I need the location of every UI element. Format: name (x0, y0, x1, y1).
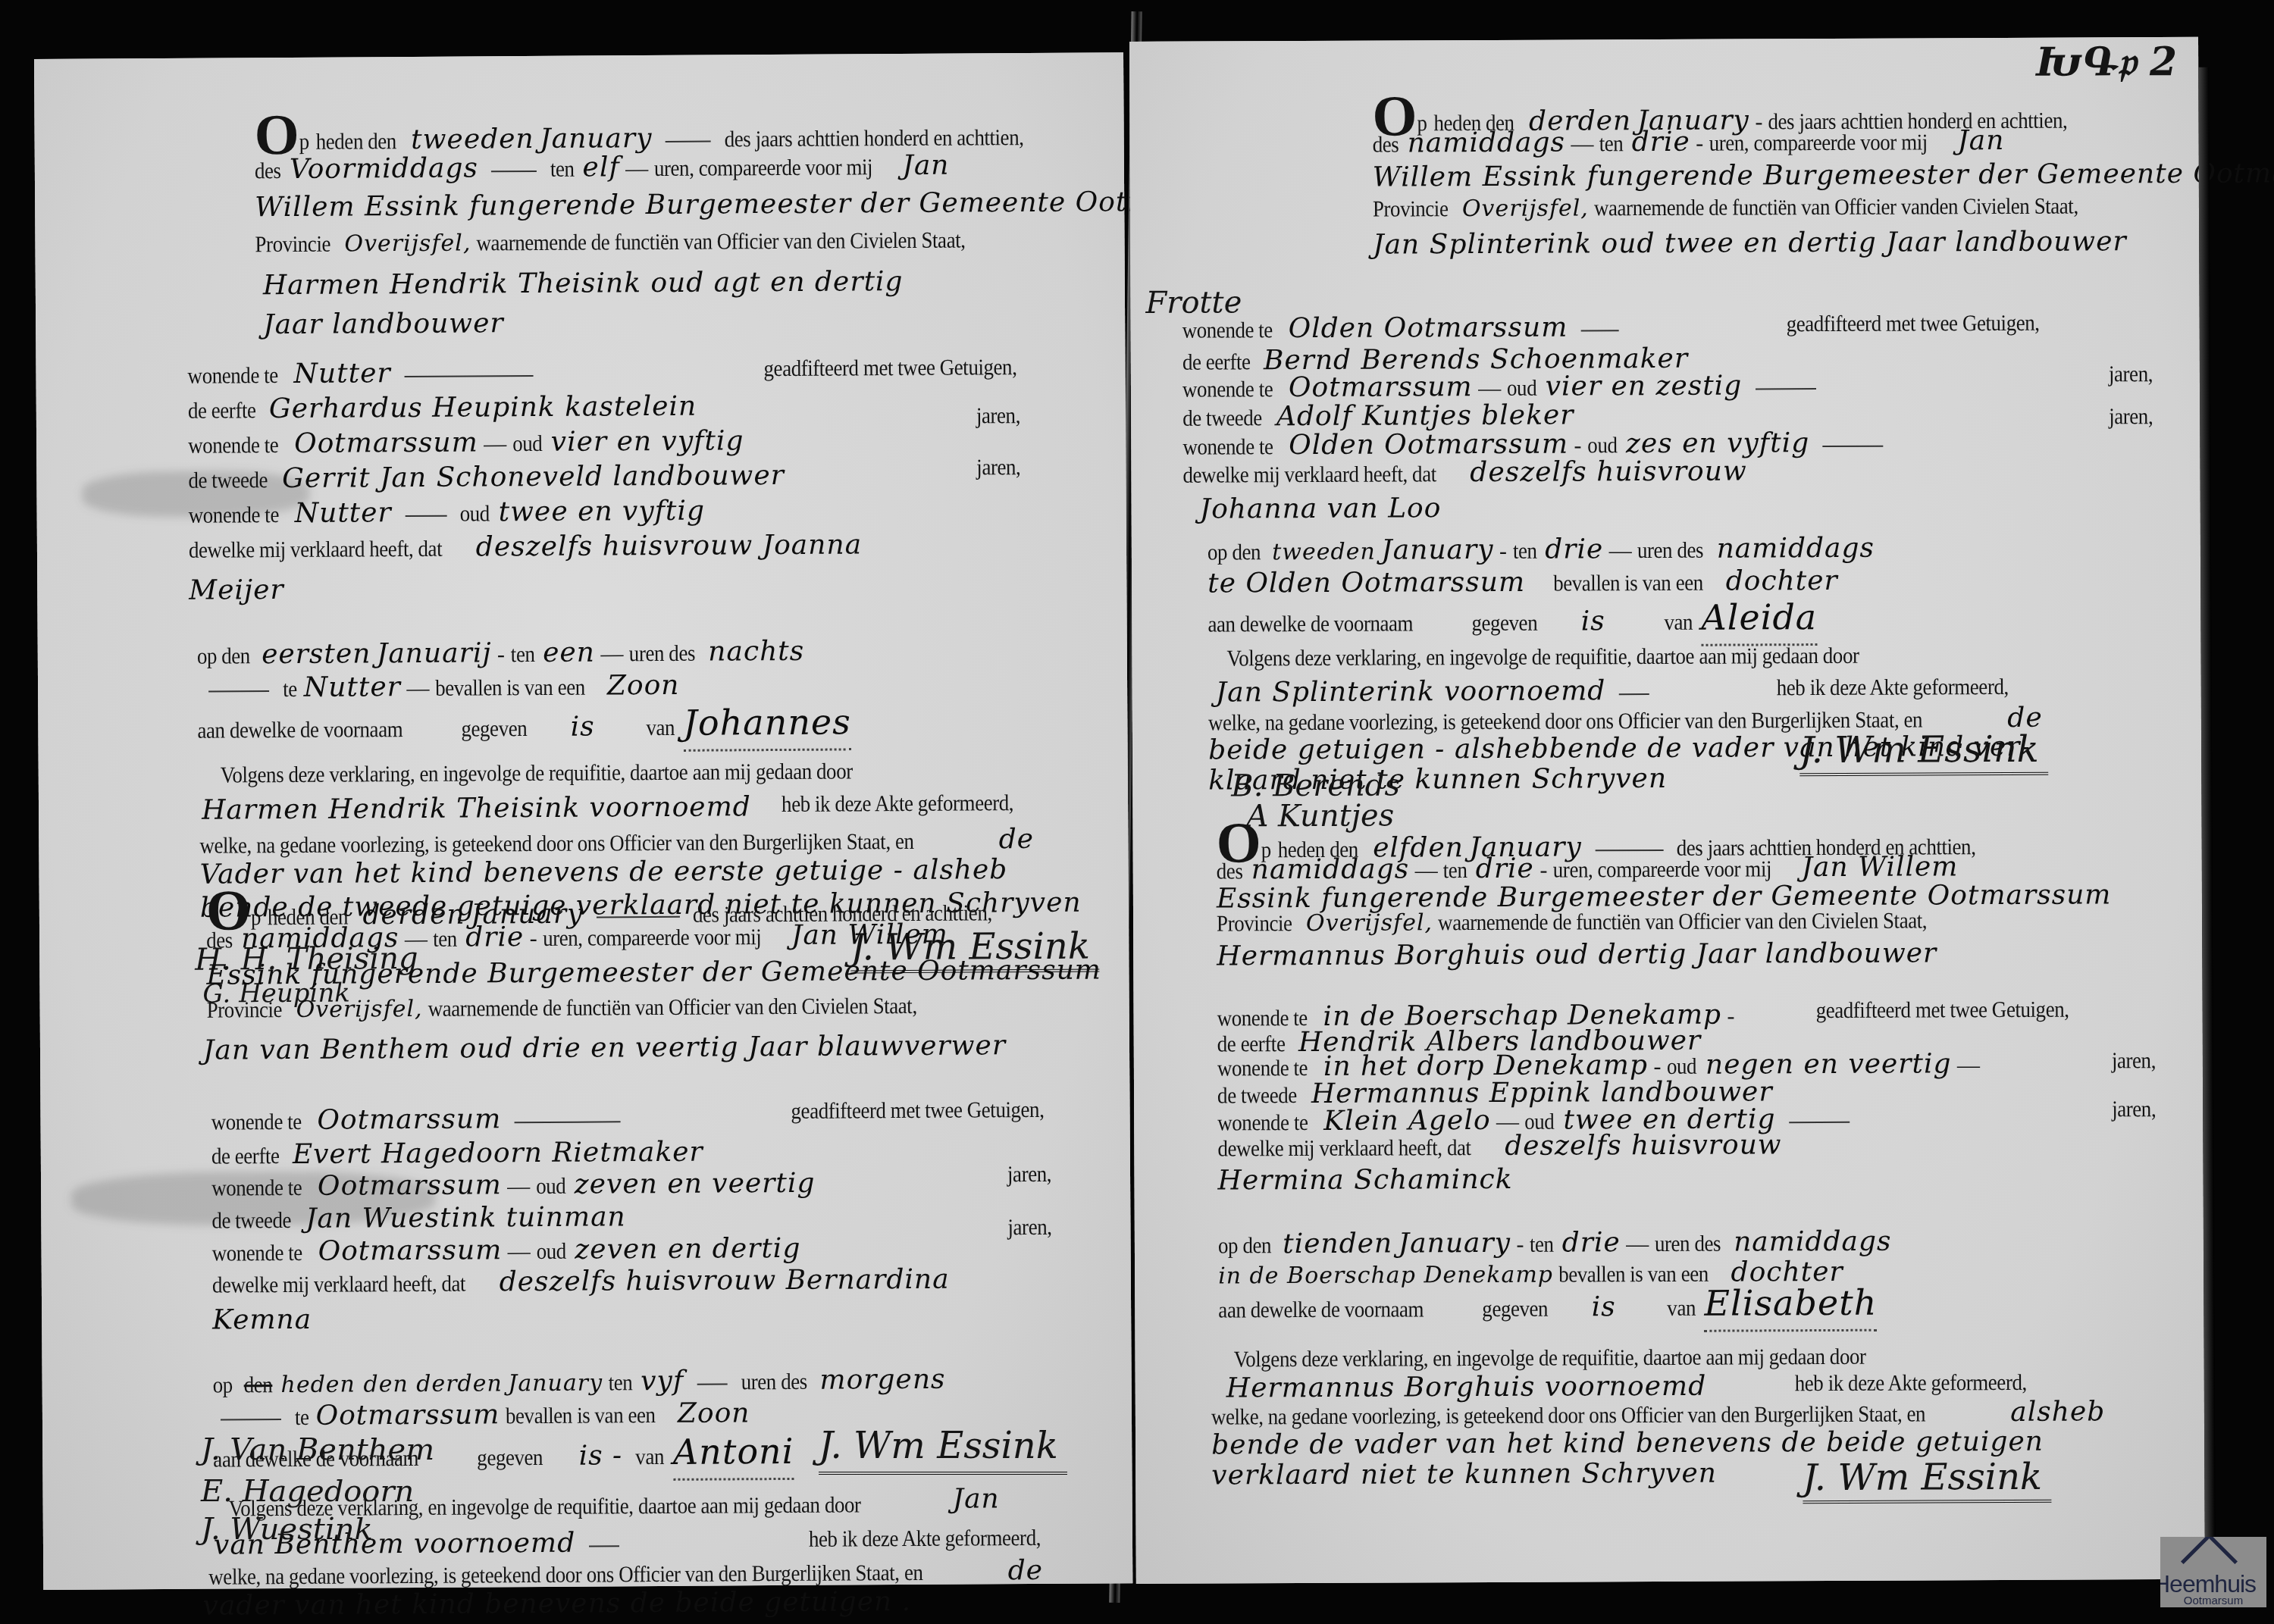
birth-place: te Olden Ootmarssum (1207, 567, 1525, 599)
mother-surname: Kemna (212, 1306, 312, 1335)
closing-note: vader van het kind benevens de beide get… (202, 1586, 911, 1622)
witness-2-residence: Olden Ootmarssum (1289, 428, 1568, 461)
signature-father: J. Van Benthem (201, 1432, 434, 1467)
form-text: de tweede (1182, 407, 1262, 430)
closing-word: alsheb (2010, 1396, 2105, 1428)
form-text: op den (1218, 1234, 1271, 1257)
child-name: Antoni (673, 1431, 794, 1481)
form-text: van (636, 1446, 665, 1469)
form-text: wonende te (211, 1111, 301, 1134)
witness-1: Evert Hagedoorn Rietmaker (293, 1137, 703, 1170)
form-text: wonende te (1182, 436, 1273, 459)
birth-record-1-closing: Volgens deze verklaring, en ingevolge de… (34, 52, 1129, 893)
form-text: van (1667, 1297, 1696, 1320)
form-text: bevallen is van een (1558, 1263, 1709, 1287)
declarant: Hermannus Borghuis oud dertig Jaar landb… (1217, 940, 1937, 970)
form-text: geadfifteerd met twee Getuigen, (1787, 312, 2040, 336)
form-text: wonende te (212, 1242, 302, 1266)
form-text: dewelke mij verklaard heeft, dat (1182, 463, 1436, 487)
form-text: Volgens deze verklaring, en ingevolge de… (1234, 1346, 1866, 1372)
form-text: des (1373, 133, 1399, 156)
declarant: Jan van Benthem oud drie en veertig Jaar… (203, 1032, 1006, 1064)
province: Overijsfel, (1462, 195, 1589, 222)
form-text: oud (536, 1241, 565, 1263)
record-hour: drie (465, 922, 524, 953)
fill-dash (597, 916, 680, 918)
margin-note: Frotte (1145, 287, 1242, 318)
form-text: jaren, (1007, 1216, 1051, 1239)
witness-1-age: vier en zestig (1546, 370, 1743, 402)
mother-name: Johanna van Loo (1200, 495, 1442, 523)
form-text: jaren, (2109, 363, 2153, 386)
witness-2-residence: Ootmarssum (318, 1234, 502, 1266)
form-text: geadfifteerd met twee Getuigen, (791, 1099, 1044, 1123)
form-text: des (206, 929, 233, 952)
residence: Ootmarssum (317, 1103, 501, 1135)
form-text: Provincie (1373, 198, 1449, 221)
witness-2: Jan Wuestink tuinman (305, 1201, 626, 1234)
form-text: heb ik deze Akte geformeerd, (809, 1527, 1041, 1551)
form-text: heb ik deze Akte geformeerd, (1777, 676, 2009, 699)
form-text: dewelke mij verklaard heeft, dat (1217, 1137, 1471, 1160)
form-text: oud (1587, 434, 1617, 457)
birth-record-3: Op heden den derden January - des jaars … (1129, 37, 2201, 799)
fill-dash (1756, 388, 1816, 390)
form-text: ten (1530, 1234, 1554, 1256)
birth-day: tweeden (1272, 539, 1376, 566)
right-page: ԽԳ𝔭 2 Op heden den derden January - des … (1129, 37, 2205, 1584)
declarant: Jan Splinterink oud twee en dertig Jaar … (1373, 228, 2127, 258)
form-text: Volgens deze verklaring, en ingevolge de… (1226, 645, 1859, 671)
fill-dash (589, 1545, 619, 1547)
province: Overijsfel, (296, 996, 423, 1023)
form-text: bevallen is van een (1554, 572, 1704, 596)
declaration: deszelfs huisvrouw (1470, 455, 1747, 488)
requisitie-by: Hermannus Borghuis voornoemd (1226, 1371, 1707, 1404)
witness-1-age: negen en veertig (1705, 1048, 1952, 1080)
witness-1-age: zeven en veertig (575, 1168, 816, 1200)
fill-dash (697, 1384, 728, 1385)
child-sex: Zoon (678, 1397, 750, 1429)
form-text: ten (1599, 133, 1624, 155)
signature-official: J. Wm Essink (1799, 731, 2048, 776)
official-name: Jan Willem (791, 919, 948, 951)
form-text: wonende te (1217, 1057, 1308, 1081)
form-text: jaren, (1007, 1163, 1051, 1186)
form-text: jaren, (2112, 1050, 2156, 1072)
witness-2-residence: Klein Agelo (1323, 1105, 1491, 1137)
form-text: de eerfte (1217, 1033, 1286, 1056)
form-text: ten (1443, 859, 1467, 882)
form-text: de tweede (1217, 1084, 1297, 1107)
left-page: Op heden den tweeden January des jaars a… (34, 52, 1132, 1590)
form-text: ten (608, 1372, 632, 1394)
birth-dagdeel: namiddags (1717, 533, 1875, 565)
closing-note: bende de vader van het kind benevens de … (1211, 1428, 2044, 1460)
birth-month: January (1399, 1228, 1511, 1259)
form-text: heb ik deze Akte geformeerd, (1795, 1372, 2027, 1395)
fill-dash (1823, 446, 1884, 447)
witness-1-residence: Ootmarssum (318, 1169, 502, 1201)
record-hour: drie (1632, 127, 1690, 158)
birth-place: Ootmarssum (315, 1399, 500, 1431)
birth-day: heden den derden (280, 1370, 503, 1398)
official-title: Essink fungerende Burgemeester der Gemee… (1217, 881, 2112, 912)
signature-witness: E. Hagedoorn (201, 1474, 414, 1509)
form-text: heb ik deze Akte geformeerd, (781, 792, 1013, 816)
signature-official: J. Wm Essink (819, 1425, 1067, 1475)
birth-hour: drie (1562, 1227, 1621, 1258)
form-text: wonende te (1217, 1112, 1308, 1135)
fill-dash (1789, 1122, 1850, 1123)
form-text: aan dewelke de voornaam (1207, 612, 1413, 636)
official-name: Jan Willem (1801, 851, 1958, 883)
form-text: geadfifteerd met twee Getuigen, (1816, 999, 2069, 1022)
birth-month: January (1381, 534, 1493, 566)
fill-dash (515, 1121, 621, 1123)
witness-2-age: zeven en dertig (575, 1233, 800, 1266)
witness-2-age: zes en vyftig (1626, 427, 1809, 459)
form-text: op den (1207, 541, 1261, 564)
form-text: waarnemende de functiën van Officier van… (1594, 196, 2078, 221)
official-title: Essink fungerende Burgemeester der Gemee… (206, 956, 1101, 989)
form-text: op (213, 1374, 233, 1397)
form-text: Provincie (1217, 912, 1292, 935)
gegeven-is: is (1581, 605, 1605, 637)
form-text: Volgens deze verklaring, en ingevolge de… (221, 760, 853, 787)
form-text: uren des (1655, 1233, 1721, 1256)
form-text: welke, na gedane voorlezing, is geteeken… (1211, 1403, 1925, 1428)
province: Overijsfel, (1306, 909, 1433, 937)
form-text: wonende te (1182, 319, 1273, 343)
birth-day: tienden (1283, 1228, 1392, 1260)
signature-official: J. Wm Essink (1803, 1459, 2051, 1504)
form-text: Provincie (207, 999, 283, 1022)
official-title: Willem Essink fungerende Burgemeester de… (1373, 160, 2274, 192)
gegeven-is: is (1592, 1291, 1616, 1322)
official-name: Jan (1957, 125, 2004, 156)
birth-hour: drie (1545, 534, 1603, 565)
declaration: deszelfs huisvrouw Bernardina (500, 1264, 950, 1298)
record-dagdeel: namiddags (1251, 853, 1410, 885)
signature-witness: J. Wuestink (201, 1512, 373, 1547)
form-text: oud (1507, 377, 1536, 400)
birth-hour: vyf (641, 1366, 684, 1397)
fill-dash (1619, 693, 1649, 695)
form-text: welke, na gedane voorlezing, is geteeken… (208, 1562, 922, 1589)
form-text: uren, compareerde voor mij (543, 926, 761, 950)
form-text: oud (536, 1175, 565, 1198)
birth-record-4: Op heden den elfden January des jaars ac… (1132, 787, 2205, 1580)
form-text: de tweede (211, 1209, 291, 1233)
fill-dash (1595, 850, 1663, 851)
form-text: des (1217, 860, 1243, 883)
form-text: de eerfte (211, 1145, 280, 1169)
birth-dagdeel: morgens (819, 1364, 945, 1396)
form-text: ten (433, 928, 457, 951)
birth-place: in de Boerschap Denekamp (1218, 1262, 1553, 1290)
form-text: bevallen is van een (506, 1404, 656, 1428)
form-text: gegeven (478, 1447, 543, 1470)
mother-name: Hermina Schaminck (1217, 1166, 1512, 1195)
form-text: uren, compareerde voor mij (1709, 131, 1928, 155)
form-text: dewelke mij verklaard heeft, dat (212, 1273, 465, 1297)
child-name: Aleida (1701, 596, 1817, 646)
form-text: te (294, 1407, 309, 1429)
declaration: deszelfs huisvrouw (1505, 1129, 1782, 1162)
fill-dash (1581, 330, 1619, 331)
form-text: waarnemende de functiën van Officier van… (1438, 909, 1927, 934)
requisitie-by: Jan Splinterink voornoemd (1216, 675, 1606, 708)
logo-city: Ootmarsum (2160, 1594, 2266, 1607)
requisitie-by: Jan (953, 1485, 1000, 1513)
form-text: gegeven (1483, 1298, 1549, 1321)
form-text: jaren, (2112, 1098, 2156, 1121)
closing-note: verklaard niet te kunnen Schryven (1211, 1460, 1717, 1490)
form-text: de eerfte (1182, 351, 1251, 374)
form-text: ten (1513, 540, 1537, 563)
closing-word: de (1007, 1555, 1043, 1586)
struck-text: den (243, 1374, 272, 1397)
birth-dagdeel: namiddags (1734, 1226, 1892, 1258)
record-dagdeel: namiddags (1407, 127, 1565, 158)
form-text: jaren, (2109, 405, 2153, 428)
form-text: uren des (741, 1371, 807, 1394)
birth-month: January (508, 1369, 603, 1397)
fill-dash (221, 1419, 281, 1420)
form-text: uren des (1637, 540, 1703, 562)
record-hour: drie (1476, 853, 1534, 884)
record-dagdeel: namiddags (241, 922, 399, 954)
form-text: gegeven (1472, 612, 1538, 635)
form-text: uren, compareerde voor mij (1553, 858, 1771, 881)
form-text: oud (1667, 1056, 1696, 1078)
form-text: wonende te (1217, 1007, 1308, 1031)
witness-2: Adolf Kuntjes bleker (1276, 399, 1574, 432)
gegeven-is: is - (578, 1440, 622, 1471)
form-text: van (1664, 612, 1693, 634)
child-sex: dochter (1726, 565, 1838, 597)
form-text: wonende te (1182, 378, 1273, 402)
heemhuis-watermark-logo: Heemhuis Ootmarsum (2160, 1537, 2266, 1607)
witness-1-residence: Ootmarssum (1289, 371, 1473, 403)
child-name: Elisabeth (1704, 1282, 1877, 1332)
form-text: waarnemende de functiën van Officier van… (428, 995, 917, 1021)
form-text: aan dewelke de voornaam (1218, 1298, 1424, 1322)
form-text: wonende te (211, 1177, 302, 1200)
residence: Olden Ootmarssum (1289, 311, 1568, 344)
